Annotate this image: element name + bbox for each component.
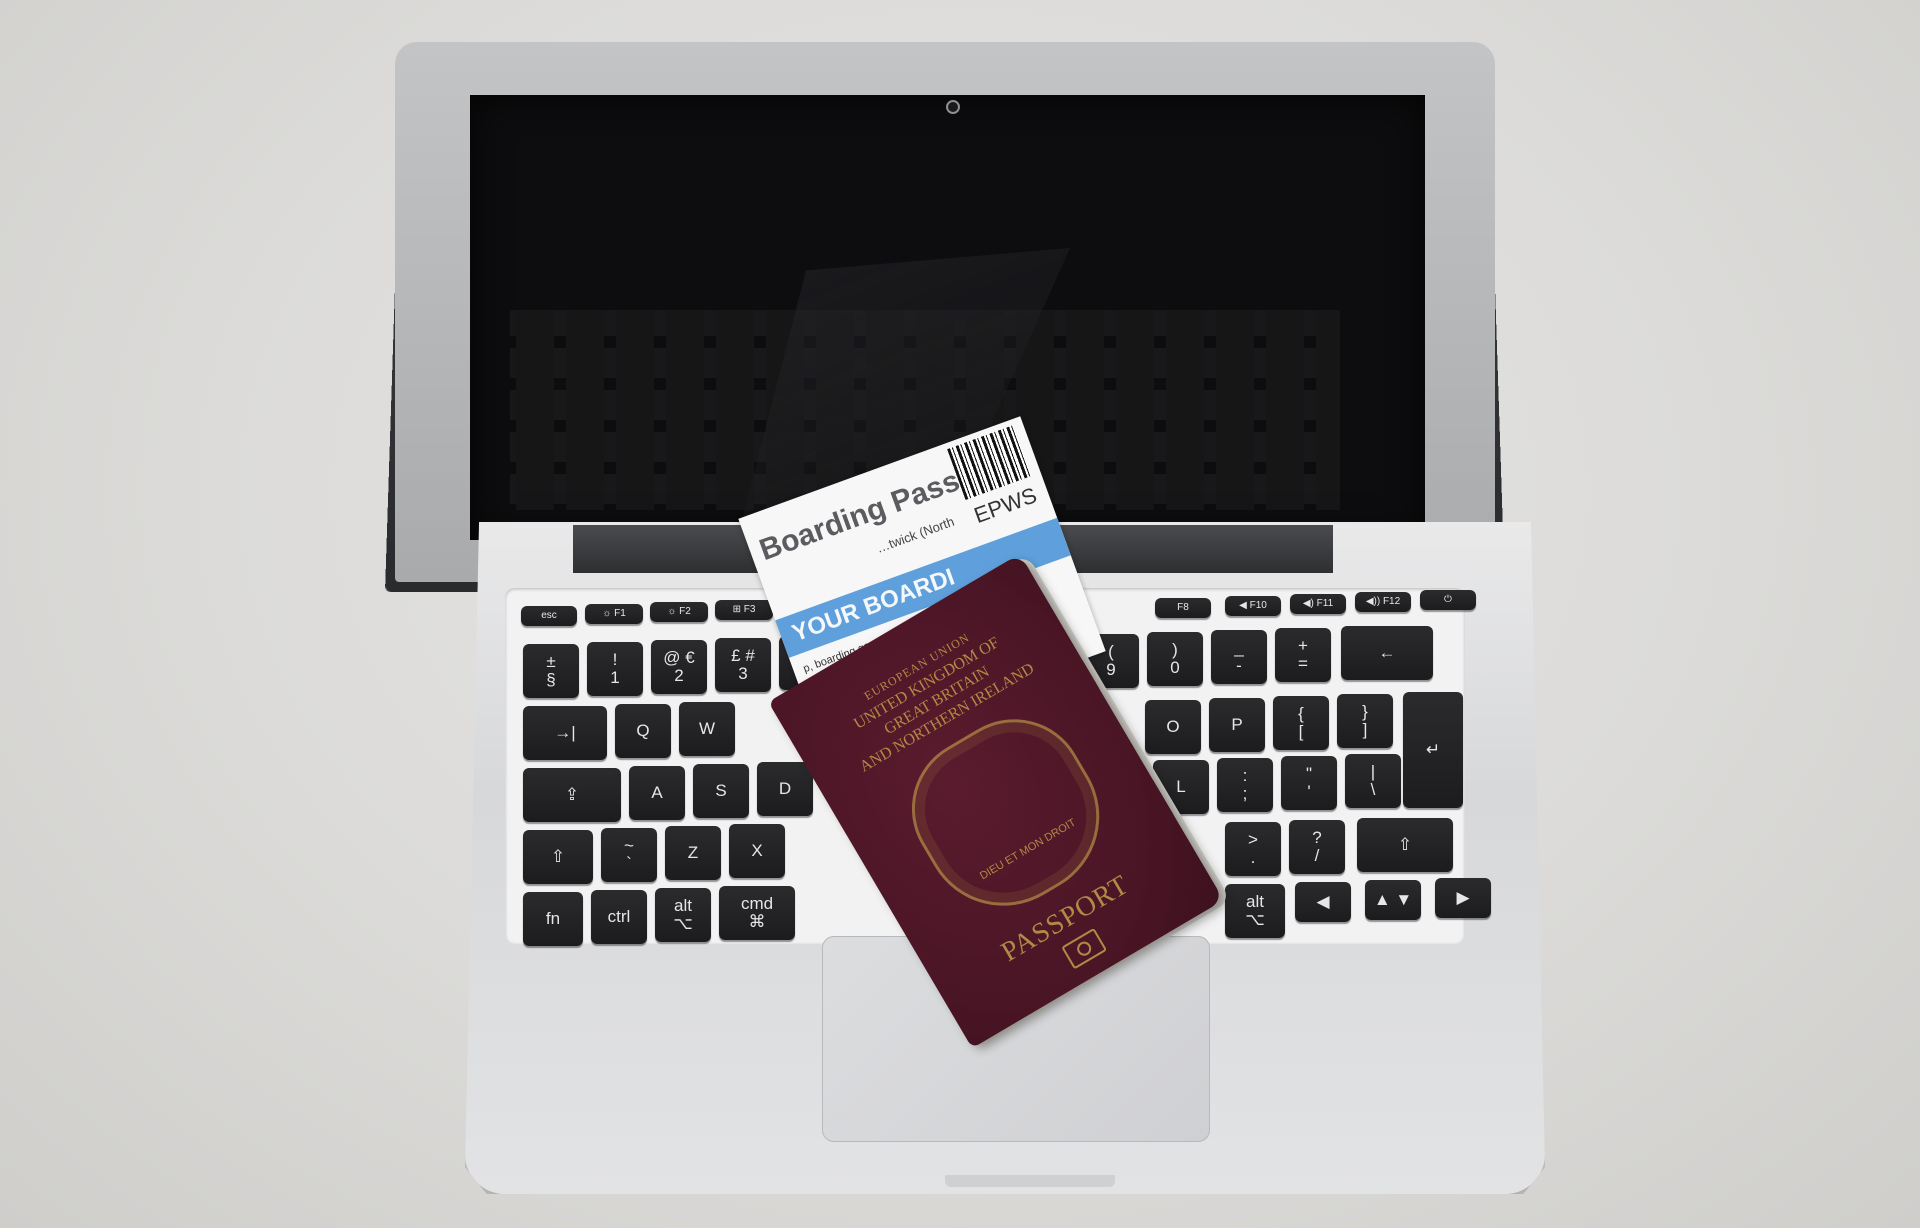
key-label: ▶ xyxy=(1456,889,1469,907)
key-label: ( xyxy=(1108,643,1114,661)
function-key[interactable]: ◀)) F12 xyxy=(1355,592,1411,612)
key[interactable]: !1 xyxy=(587,642,643,696)
key[interactable]: |\ xyxy=(1345,754,1401,808)
key-label: ] xyxy=(1363,721,1368,739)
key[interactable]: ↵ xyxy=(1403,692,1463,808)
key-label: ⊞ F3 xyxy=(733,605,756,616)
key-label: ☼ F2 xyxy=(667,607,691,618)
key-label: X xyxy=(751,842,762,860)
key[interactable]: ▲ ▼ xyxy=(1365,880,1421,920)
key-label: : xyxy=(1243,767,1248,785)
key-label: ⌥ xyxy=(673,915,693,933)
key-label: ◀)) F12 xyxy=(1366,597,1400,608)
key-label: > xyxy=(1248,831,1258,849)
key-label: - xyxy=(1236,657,1242,675)
key-label: " xyxy=(1306,765,1312,783)
crest-motto: DIEU ET MON DROIT xyxy=(951,801,1105,899)
key[interactable]: }] xyxy=(1337,694,1393,748)
key-label: ctrl xyxy=(608,908,631,926)
key[interactable]: A xyxy=(629,766,685,820)
key-label: cmd xyxy=(741,895,773,913)
key-label: ⌥ xyxy=(1245,911,1265,929)
key-label: ; xyxy=(1243,785,1248,803)
key[interactable]: ⇪ xyxy=(523,768,621,822)
key[interactable]: Z xyxy=(665,826,721,880)
key-label: fn xyxy=(546,910,560,928)
key-label: £ # xyxy=(731,647,755,665)
key-label: + xyxy=(1298,637,1308,655)
key-label: } xyxy=(1362,703,1368,721)
key[interactable]: ⇧ xyxy=(523,830,593,884)
key-label: = xyxy=(1298,655,1308,673)
key-label: _ xyxy=(1234,639,1243,657)
key-label: ` xyxy=(626,855,632,873)
function-key[interactable]: ◀ F10 xyxy=(1225,596,1281,616)
key[interactable]: →| xyxy=(523,706,607,760)
function-key[interactable]: ⊞ F3 xyxy=(715,600,773,620)
key-label: @ € xyxy=(663,649,694,667)
key-label: A xyxy=(651,784,662,802)
key[interactable]: )0 xyxy=(1147,632,1203,686)
key-label: / xyxy=(1315,847,1320,865)
key[interactable]: alt⌥ xyxy=(655,888,711,942)
key-label: ▲ ▼ xyxy=(1374,891,1412,909)
function-key[interactable]: ⏻ xyxy=(1420,590,1476,610)
key[interactable]: ctrl xyxy=(591,890,647,944)
key[interactable]: ▶ xyxy=(1435,878,1491,918)
key-label: ? xyxy=(1312,829,1321,847)
key[interactable]: @ €2 xyxy=(651,640,707,694)
key-label: ⏻ xyxy=(1444,595,1452,606)
key-label: Q xyxy=(636,722,649,740)
key-label: ⇧ xyxy=(1398,836,1412,854)
key-label: ← xyxy=(1379,644,1396,662)
key-label: L xyxy=(1176,778,1185,796)
key-label: alt xyxy=(674,897,692,915)
key-label: F8 xyxy=(1177,603,1189,614)
key-label: ◀) F11 xyxy=(1303,599,1333,610)
function-key[interactable]: ◀) F11 xyxy=(1290,594,1346,614)
key-label: esc xyxy=(541,611,557,622)
key-label: ◀ xyxy=(1316,893,1329,911)
key[interactable]: S xyxy=(693,764,749,818)
key[interactable]: += xyxy=(1275,628,1331,682)
key-label: ' xyxy=(1307,783,1310,801)
key[interactable]: ~` xyxy=(601,828,657,882)
key[interactable]: _- xyxy=(1211,630,1267,684)
key-label: \ xyxy=(1371,781,1376,799)
function-key[interactable]: ☼ F1 xyxy=(585,604,643,624)
key[interactable]: ?/ xyxy=(1289,820,1345,874)
key[interactable]: D xyxy=(757,762,813,816)
key-label: ⌘ xyxy=(749,913,766,931)
key-label: 9 xyxy=(1106,661,1115,679)
key[interactable]: X xyxy=(729,824,785,878)
function-key[interactable]: esc xyxy=(521,606,577,626)
key[interactable]: {[ xyxy=(1273,696,1329,750)
key-label: Z xyxy=(688,844,698,862)
key-label: →| xyxy=(554,724,575,742)
key[interactable]: ±§ xyxy=(523,644,579,698)
key-label: 0 xyxy=(1170,659,1179,677)
key[interactable]: W xyxy=(679,702,735,756)
key-label: ☼ F1 xyxy=(602,609,626,620)
key[interactable]: "' xyxy=(1281,756,1337,810)
key-label: ! xyxy=(613,651,618,669)
key-label: 1 xyxy=(610,669,619,687)
key-label: ± xyxy=(546,653,555,671)
key-label: 3 xyxy=(738,665,747,683)
key-label: { xyxy=(1298,705,1304,723)
key[interactable]: cmd⌘ xyxy=(719,886,795,940)
key[interactable]: ⇧ xyxy=(1357,818,1453,872)
key-label: W xyxy=(699,720,715,738)
key-label: ⇧ xyxy=(551,848,565,866)
key[interactable]: >. xyxy=(1225,822,1281,876)
key[interactable]: O xyxy=(1145,700,1201,754)
key-label: O xyxy=(1166,718,1179,736)
key-label: alt xyxy=(1246,893,1264,911)
key-label: P xyxy=(1231,716,1242,734)
key-label: S xyxy=(715,782,726,800)
key-label: ◀ F10 xyxy=(1239,601,1267,612)
key[interactable]: £ #3 xyxy=(715,638,771,692)
key-label: ~ xyxy=(624,837,634,855)
webcam-icon xyxy=(948,102,958,112)
function-key[interactable]: F8 xyxy=(1155,598,1211,618)
key-label: D xyxy=(779,780,791,798)
key-label: ⇪ xyxy=(565,786,579,804)
key-label: § xyxy=(546,671,555,689)
key-label: . xyxy=(1251,849,1256,867)
key-label: 2 xyxy=(674,667,683,685)
key-label: | xyxy=(1371,763,1375,781)
key[interactable]: ← xyxy=(1341,626,1433,680)
key-label: [ xyxy=(1299,723,1304,741)
key[interactable]: Q xyxy=(615,704,671,758)
key-label: ↵ xyxy=(1426,741,1440,759)
lid-opening-notch xyxy=(945,1175,1115,1187)
key[interactable]: ◀ xyxy=(1295,882,1351,922)
key-label: ) xyxy=(1172,641,1178,659)
key[interactable]: alt⌥ xyxy=(1225,884,1285,938)
key[interactable]: fn xyxy=(523,892,583,946)
key[interactable]: :; xyxy=(1217,758,1273,812)
key[interactable]: P xyxy=(1209,698,1265,752)
function-key[interactable]: ☼ F2 xyxy=(650,602,708,622)
